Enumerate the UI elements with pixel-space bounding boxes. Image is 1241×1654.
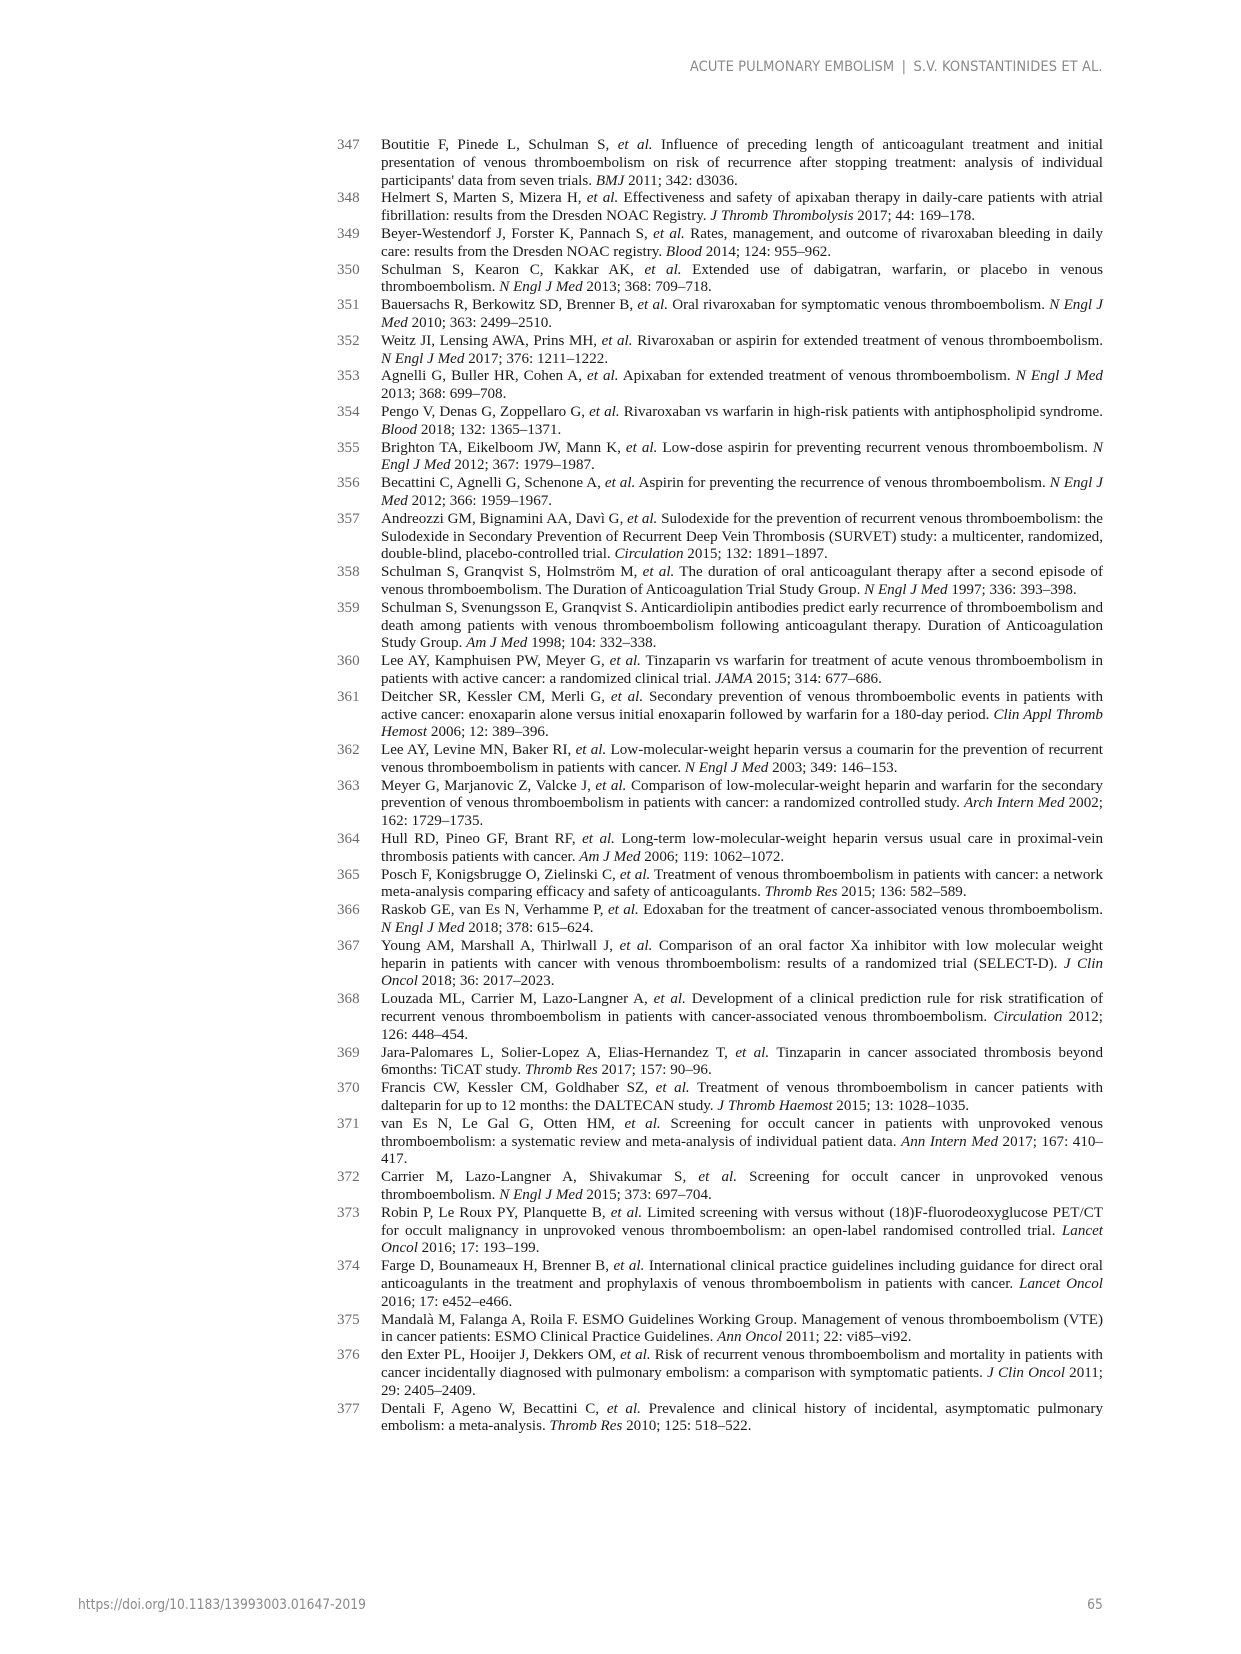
reference-etal: et al. <box>620 938 653 954</box>
reference-journal: N Engl J Med <box>685 760 768 776</box>
reference-citation: 2015; 373: 697–704. <box>583 1187 712 1203</box>
reference-authors: Francis CW, Kessler CM, Goldhaber SZ, <box>381 1080 656 1096</box>
reference-number: 366 <box>337 902 381 938</box>
reference-etal: et al. <box>625 1116 661 1132</box>
reference-number: 360 <box>337 653 381 689</box>
reference-authors: Lee AY, Kamphuisen PW, Meyer G, <box>381 653 610 669</box>
reference-citation: 2013; 368: 709–718. <box>583 279 712 295</box>
reference-journal: J Clin Oncol <box>987 1365 1065 1381</box>
reference-title: Aspirin for preventing the recurrence of… <box>635 475 1049 491</box>
reference-text: Andreozzi GM, Bignamini AA, Davì G, et a… <box>381 511 1103 564</box>
reference-text: Boutitie F, Pinede L, Schulman S, et al.… <box>381 137 1103 190</box>
reference-title: Rivaroxaban vs warfarin in high-risk pat… <box>620 404 1103 420</box>
reference-journal: Blood <box>381 422 417 438</box>
reference-text: Raskob GE, van Es N, Verhamme P, et al. … <box>381 902 1103 938</box>
reference-journal: Ann Oncol <box>717 1329 782 1345</box>
reference-citation: 2010; 363: 2499–2510. <box>408 315 552 331</box>
reference-authors: Andreozzi GM, Bignamini AA, Davì G, <box>381 511 627 527</box>
reference-title: Apixaban for extended treatment of venou… <box>619 368 1016 384</box>
page-number: 65 <box>1087 1597 1103 1613</box>
reference-authors: Raskob GE, van Es N, Verhamme P, <box>381 902 608 918</box>
reference-number: 348 <box>337 190 381 226</box>
reference-item: 352Weitz JI, Lensing AWA, Prins MH, et a… <box>337 333 1103 369</box>
reference-text: Mandalà M, Falanga A, Roila F. ESMO Guid… <box>381 1312 1103 1348</box>
reference-text: Helmert S, Marten S, Mizera H, et al. Ef… <box>381 190 1103 226</box>
reference-etal: et al. <box>626 440 657 456</box>
reference-citation: 2012; 367: 1979–1987. <box>451 457 595 473</box>
reference-text: Lee AY, Levine MN, Baker RI, et al. Low-… <box>381 742 1103 778</box>
reference-text: Carrier M, Lazo-Langner A, Shivakumar S,… <box>381 1169 1103 1205</box>
reference-etal: et al. <box>607 1401 641 1417</box>
reference-authors: Mandalà M, Falanga A, Roila F. ESMO Guid… <box>381 1312 797 1328</box>
reference-authors: Boutitie F, Pinede L, Schulman S, <box>381 137 618 153</box>
reference-citation: 2017; 44: 169–178. <box>853 208 975 224</box>
reference-etal: et al. <box>618 137 653 153</box>
reference-journal: Am J Med <box>579 849 640 865</box>
reference-item: 360Lee AY, Kamphuisen PW, Meyer G, et al… <box>337 653 1103 689</box>
reference-text: Beyer-Westendorf J, Forster K, Pannach S… <box>381 226 1103 262</box>
reference-etal: et al. <box>643 564 675 580</box>
reference-authors: Posch F, Konigsbrugge O, Zielinski C, <box>381 867 620 883</box>
reference-etal: et al. <box>587 368 618 384</box>
reference-etal: et al. <box>587 190 619 206</box>
reference-item: 373Robin P, Le Roux PY, Planquette B, et… <box>337 1205 1103 1258</box>
reference-etal: et al. <box>653 226 685 242</box>
reference-citation: 2015; 136: 582–589. <box>837 884 966 900</box>
reference-item: 364Hull RD, Pineo GF, Brant RF, et al. L… <box>337 831 1103 867</box>
reference-journal: N Engl J Med <box>381 920 464 936</box>
reference-number: 358 <box>337 564 381 600</box>
reference-number: 375 <box>337 1312 381 1348</box>
reference-citation: 2006; 12: 389–396. <box>427 724 549 740</box>
reference-item: 362Lee AY, Levine MN, Baker RI, et al. L… <box>337 742 1103 778</box>
reference-journal: Circulation <box>614 546 683 562</box>
reference-text: Schulman S, Kearon C, Kakkar AK, et al. … <box>381 262 1103 298</box>
reference-title: Low-dose aspirin for preventing recurren… <box>657 440 1093 456</box>
reference-number: 371 <box>337 1116 381 1169</box>
footer-doi-link[interactable]: https://doi.org/10.1183/13993003.01647-2… <box>78 1597 366 1613</box>
reference-authors: Agnelli G, Buller HR, Cohen A, <box>381 368 587 384</box>
reference-authors: Beyer-Westendorf J, Forster K, Pannach S… <box>381 226 653 242</box>
reference-citation: 2013; 368: 699–708. <box>381 386 506 402</box>
reference-etal: et al. <box>595 778 626 794</box>
reference-number: 370 <box>337 1080 381 1116</box>
reference-citation: 2003; 349: 146–153. <box>768 760 897 776</box>
reference-authors: Hull RD, Pineo GF, Brant RF, <box>381 831 582 847</box>
reference-number: 357 <box>337 511 381 564</box>
reference-text: Hull RD, Pineo GF, Brant RF, et al. Long… <box>381 831 1103 867</box>
reference-item: 358Schulman S, Granqvist S, Holmström M,… <box>337 564 1103 600</box>
reference-text: Weitz JI, Lensing AWA, Prins MH, et al. … <box>381 333 1103 369</box>
reference-authors: Weitz JI, Lensing AWA, Prins MH, <box>381 333 602 349</box>
reference-etal: et al. <box>645 262 682 278</box>
reference-item: 368Louzada ML, Carrier M, Lazo-Langner A… <box>337 991 1103 1044</box>
reference-etal: et al. <box>698 1169 737 1185</box>
reference-title: Oral rivaroxaban for symptomatic venous … <box>668 297 1049 313</box>
reference-item: 365Posch F, Konigsbrugge O, Zielinski C,… <box>337 867 1103 903</box>
reference-authors: Helmert S, Marten S, Mizera H, <box>381 190 587 206</box>
reference-number: 356 <box>337 475 381 511</box>
reference-text: Schulman S, Svenungsson E, Granqvist S. … <box>381 600 1103 653</box>
reference-text: Francis CW, Kessler CM, Goldhaber SZ, et… <box>381 1080 1103 1116</box>
reference-journal: Blood <box>666 244 702 260</box>
reference-item: 349Beyer-Westendorf J, Forster K, Pannac… <box>337 226 1103 262</box>
reference-number: 349 <box>337 226 381 262</box>
reference-journal: Thromb Res <box>525 1062 598 1078</box>
reference-item: 369Jara-Palomares L, Solier-Lopez A, Eli… <box>337 1045 1103 1081</box>
reference-number: 374 <box>337 1258 381 1311</box>
reference-journal: BMJ <box>596 173 625 189</box>
reference-journal: Am J Med <box>466 635 527 651</box>
reference-etal: et al. <box>620 1347 651 1363</box>
reference-text: Posch F, Konigsbrugge O, Zielinski C, et… <box>381 867 1103 903</box>
reference-citation: 2016; 17: e452–e466. <box>381 1294 512 1310</box>
reference-text: Robin P, Le Roux PY, Planquette B, et al… <box>381 1205 1103 1258</box>
reference-title: Rivaroxaban or aspirin for extended trea… <box>633 333 1103 349</box>
header-title: ACUTE PULMONARY EMBOLISM <box>690 59 894 75</box>
reference-item: 359Schulman S, Svenungsson E, Granqvist … <box>337 600 1103 653</box>
reference-etal: et al. <box>735 1045 769 1061</box>
reference-item: 375Mandalà M, Falanga A, Roila F. ESMO G… <box>337 1312 1103 1348</box>
reference-journal: JAMA <box>715 671 753 687</box>
reference-number: 350 <box>337 262 381 298</box>
reference-authors: Schulman S, Svenungsson E, Granqvist S. <box>381 600 637 616</box>
reference-etal: et al. <box>627 511 657 527</box>
reference-authors: Farge D, Bounameaux H, Brenner B, <box>381 1258 613 1274</box>
reference-number: 361 <box>337 689 381 742</box>
reference-text: Schulman S, Granqvist S, Holmström M, et… <box>381 564 1103 600</box>
reference-text: Meyer G, Marjanovic Z, Valcke J, et al. … <box>381 778 1103 831</box>
reference-citation: 2017; 157: 90–96. <box>598 1062 712 1078</box>
reference-citation: 2018; 378: 615–624. <box>464 920 593 936</box>
reference-citation: 2015; 132: 1891–1897. <box>684 546 828 562</box>
reference-item: 366Raskob GE, van Es N, Verhamme P, et a… <box>337 902 1103 938</box>
reference-citation: 1997; 336: 393–398. <box>948 582 1077 598</box>
reference-number: 373 <box>337 1205 381 1258</box>
reference-authors: Becattini C, Agnelli G, Schenone A, <box>381 475 605 491</box>
reference-etal: et al. <box>602 333 633 349</box>
reference-number: 355 <box>337 440 381 476</box>
reference-etal: et al. <box>654 991 686 1007</box>
reference-authors: Pengo V, Denas G, Zoppellaro G, <box>381 404 589 420</box>
reference-authors: van Es N, Le Gal G, Otten HM, <box>381 1116 625 1132</box>
reference-number: 377 <box>337 1401 381 1437</box>
reference-number: 362 <box>337 742 381 778</box>
reference-item: 374Farge D, Bounameaux H, Brenner B, et … <box>337 1258 1103 1311</box>
reference-number: 372 <box>337 1169 381 1205</box>
reference-text: Becattini C, Agnelli G, Schenone A, et a… <box>381 475 1103 511</box>
reference-etal: et al. <box>611 689 643 705</box>
reference-citation: 2018; 36: 2017–2023. <box>418 973 555 989</box>
reference-journal: N Engl J Med <box>1016 368 1103 384</box>
reference-authors: Dentali F, Ageno W, Becattini C, <box>381 1401 607 1417</box>
reference-text: Pengo V, Denas G, Zoppellaro G, et al. R… <box>381 404 1103 440</box>
reference-journal: Lancet Oncol <box>1019 1276 1103 1292</box>
reference-citation: 2010; 125: 518–522. <box>622 1418 751 1434</box>
reference-etal: et al. <box>589 404 620 420</box>
reference-text: Lee AY, Kamphuisen PW, Meyer G, et al. T… <box>381 653 1103 689</box>
reference-number: 376 <box>337 1347 381 1400</box>
reference-number: 359 <box>337 600 381 653</box>
reference-item: 351Bauersachs R, Berkowitz SD, Brenner B… <box>337 297 1103 333</box>
reference-number: 352 <box>337 333 381 369</box>
reference-authors: Lee AY, Levine MN, Baker RI, <box>381 742 576 758</box>
reference-list: 347Boutitie F, Pinede L, Schulman S, et … <box>337 137 1103 1436</box>
running-header: ACUTE PULMONARY EMBOLISM|S.V. KONSTANTIN… <box>690 59 1103 75</box>
reference-authors: Carrier M, Lazo-Langner A, Shivakumar S, <box>381 1169 698 1185</box>
reference-item: 367Young AM, Marshall A, Thirlwall J, et… <box>337 938 1103 991</box>
reference-text: Dentali F, Ageno W, Becattini C, et al. … <box>381 1401 1103 1437</box>
reference-text: Young AM, Marshall A, Thirlwall J, et al… <box>381 938 1103 991</box>
reference-item: 376den Exter PL, Hooijer J, Dekkers OM, … <box>337 1347 1103 1400</box>
reference-item: 357Andreozzi GM, Bignamini AA, Davì G, e… <box>337 511 1103 564</box>
reference-citation: 1998; 104: 332–338. <box>527 635 656 651</box>
reference-journal: Ann Intern Med <box>901 1134 998 1150</box>
reference-citation: 2006; 119: 1062–1072. <box>640 849 784 865</box>
reference-authors: Young AM, Marshall A, Thirlwall J, <box>381 938 620 954</box>
reference-number: 369 <box>337 1045 381 1081</box>
reference-title: Edoxaban for the treatment of cancer-ass… <box>639 902 1103 918</box>
reference-text: Farge D, Bounameaux H, Brenner B, et al.… <box>381 1258 1103 1311</box>
reference-item: 347Boutitie F, Pinede L, Schulman S, et … <box>337 137 1103 190</box>
reference-journal: Arch Intern Med <box>964 795 1065 811</box>
reference-etal: et al. <box>620 867 650 883</box>
reference-number: 364 <box>337 831 381 867</box>
reference-citation: 2014; 124: 955–962. <box>702 244 831 260</box>
reference-etal: et al. <box>611 1205 642 1221</box>
header-separator: | <box>902 59 906 75</box>
reference-item: 361Deitcher SR, Kessler CM, Merli G, et … <box>337 689 1103 742</box>
reference-etal: et al. <box>637 297 668 313</box>
reference-etal: et al. <box>613 1258 644 1274</box>
reference-item: 363Meyer G, Marjanovic Z, Valcke J, et a… <box>337 778 1103 831</box>
reference-item: 372Carrier M, Lazo-Langner A, Shivakumar… <box>337 1169 1103 1205</box>
reference-etal: et al. <box>605 475 635 491</box>
reference-text: van Es N, Le Gal G, Otten HM, et al. Scr… <box>381 1116 1103 1169</box>
reference-authors: Brighton TA, Eikelboom JW, Mann K, <box>381 440 626 456</box>
reference-journal: Thromb Res <box>550 1418 623 1434</box>
reference-item: 355Brighton TA, Eikelboom JW, Mann K, et… <box>337 440 1103 476</box>
reference-item: 350Schulman S, Kearon C, Kakkar AK, et a… <box>337 262 1103 298</box>
reference-number: 354 <box>337 404 381 440</box>
reference-authors: Robin P, Le Roux PY, Planquette B, <box>381 1205 611 1221</box>
reference-item: 356Becattini C, Agnelli G, Schenone A, e… <box>337 475 1103 511</box>
reference-etal: et al. <box>608 902 639 918</box>
reference-text: Brighton TA, Eikelboom JW, Mann K, et al… <box>381 440 1103 476</box>
reference-number: 367 <box>337 938 381 991</box>
reference-journal: N Engl J Med <box>499 279 582 295</box>
reference-number: 365 <box>337 867 381 903</box>
reference-number: 351 <box>337 297 381 333</box>
reference-item: 353Agnelli G, Buller HR, Cohen A, et al.… <box>337 368 1103 404</box>
reference-citation: 2011; 22: vi85–vi92. <box>782 1329 911 1345</box>
reference-citation: 2012; 366: 1959–1967. <box>408 493 552 509</box>
reference-journal: Circulation <box>993 1009 1062 1025</box>
reference-citation: 2018; 132: 1365–1371. <box>417 422 561 438</box>
reference-etal: et al. <box>656 1080 690 1096</box>
reference-authors: Bauersachs R, Berkowitz SD, Brenner B, <box>381 297 637 313</box>
reference-authors: Deitcher SR, Kessler CM, Merli G, <box>381 689 611 705</box>
header-authors: S.V. KONSTANTINIDES ET AL. <box>914 59 1103 75</box>
reference-text: den Exter PL, Hooijer J, Dekkers OM, et … <box>381 1347 1103 1400</box>
reference-authors: Meyer G, Marjanovic Z, Valcke J, <box>381 778 595 794</box>
reference-citation: 2015; 13: 1028–1035. <box>833 1098 970 1114</box>
reference-journal: Thromb Res <box>765 884 838 900</box>
reference-item: 377Dentali F, Ageno W, Becattini C, et a… <box>337 1401 1103 1437</box>
reference-number: 368 <box>337 991 381 1044</box>
reference-journal: N Engl J Med <box>381 351 464 367</box>
reference-text: Jara-Palomares L, Solier-Lopez A, Elias-… <box>381 1045 1103 1081</box>
reference-etal: et al. <box>582 831 615 847</box>
reference-number: 363 <box>337 778 381 831</box>
reference-item: 370Francis CW, Kessler CM, Goldhaber SZ,… <box>337 1080 1103 1116</box>
reference-text: Bauersachs R, Berkowitz SD, Brenner B, e… <box>381 297 1103 333</box>
reference-etal: et al. <box>610 653 641 669</box>
reference-etal: et al. <box>576 742 607 758</box>
reference-citation: 2016; 17: 193–199. <box>418 1240 540 1256</box>
reference-authors: Jara-Palomares L, Solier-Lopez A, Elias-… <box>381 1045 735 1061</box>
reference-text: Deitcher SR, Kessler CM, Merli G, et al.… <box>381 689 1103 742</box>
reference-journal: J Thromb Haemost <box>717 1098 832 1114</box>
reference-authors: Schulman S, Kearon C, Kakkar AK, <box>381 262 645 278</box>
reference-text: Louzada ML, Carrier M, Lazo-Langner A, e… <box>381 991 1103 1044</box>
reference-journal: N Engl J Med <box>864 582 947 598</box>
reference-item: 354Pengo V, Denas G, Zoppellaro G, et al… <box>337 404 1103 440</box>
reference-text: Agnelli G, Buller HR, Cohen A, et al. Ap… <box>381 368 1103 404</box>
reference-journal: N Engl J Med <box>499 1187 582 1203</box>
reference-number: 347 <box>337 137 381 190</box>
reference-authors: Schulman S, Granqvist S, Holmström M, <box>381 564 643 580</box>
reference-citation: 2011; 342: d3036. <box>624 173 737 189</box>
reference-citation: 2015; 314: 677–686. <box>753 671 882 687</box>
reference-citation: 2017; 376: 1211–1222. <box>464 351 608 367</box>
reference-authors: Louzada ML, Carrier M, Lazo-Langner A, <box>381 991 654 1007</box>
reference-number: 353 <box>337 368 381 404</box>
reference-item: 348Helmert S, Marten S, Mizera H, et al.… <box>337 190 1103 226</box>
reference-authors: den Exter PL, Hooijer J, Dekkers OM, <box>381 1347 620 1363</box>
reference-journal: J Thromb Thrombolysis <box>710 208 853 224</box>
reference-item: 371van Es N, Le Gal G, Otten HM, et al. … <box>337 1116 1103 1169</box>
